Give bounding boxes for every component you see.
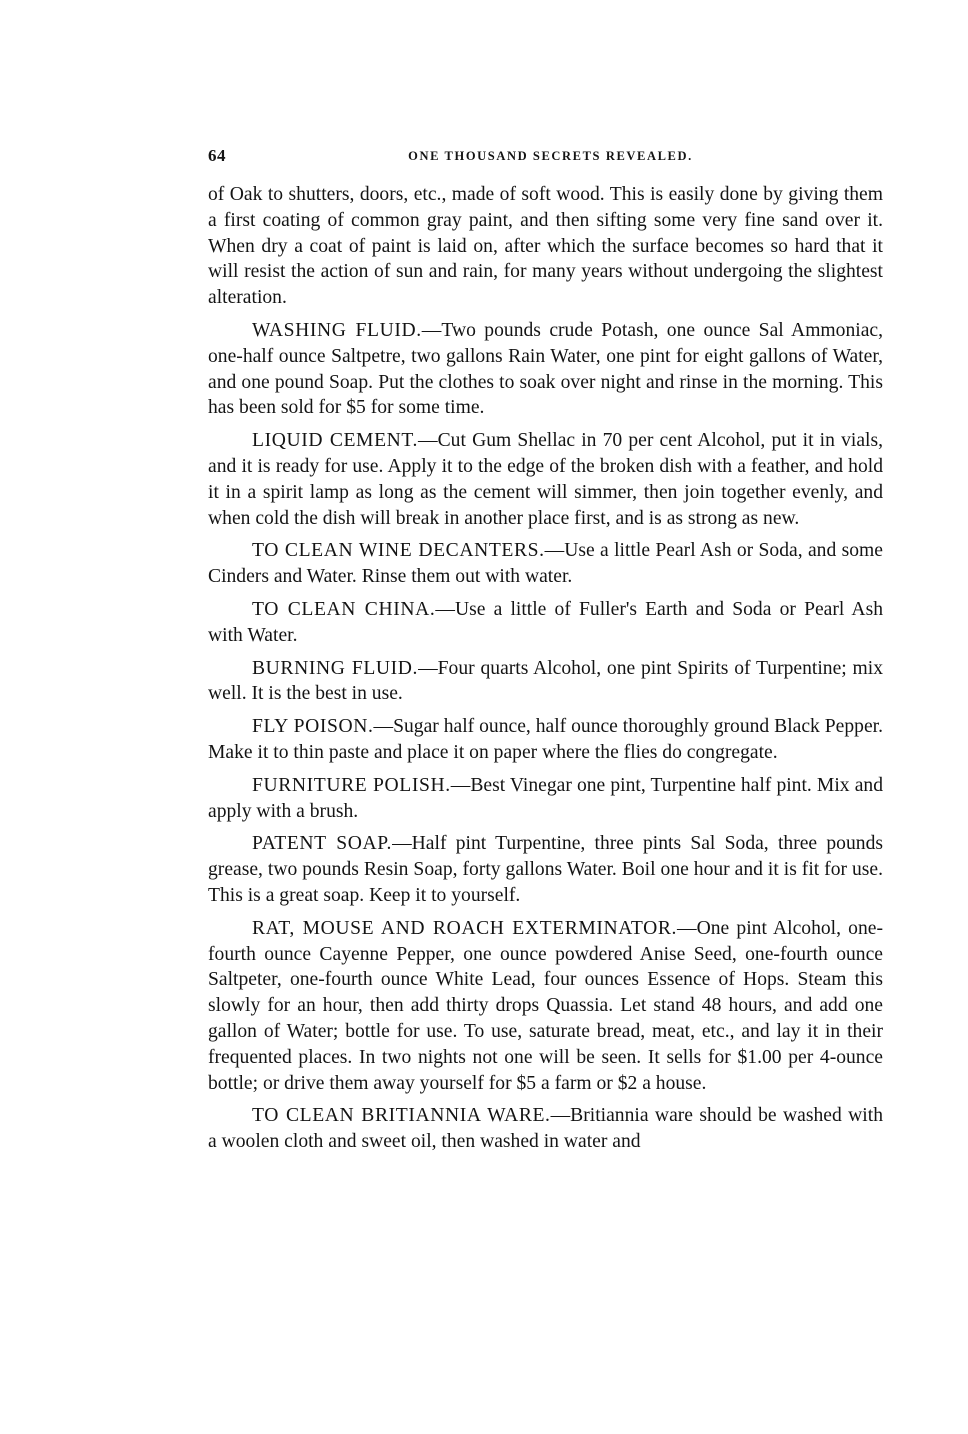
paragraph-heading: TO CLEAN BRITIANNIA WARE. [252, 1105, 551, 1126]
recipe-liquid-cement: LIQUID CEMENT.—Cut Gum Shellac in 70 per… [208, 428, 883, 531]
recipe-clean-britiannia-ware: TO CLEAN BRITIANNIA WARE.—Britiannia war… [208, 1103, 883, 1155]
paragraph-heading: RAT, MOUSE AND ROACH EXTERMINATOR. [252, 918, 677, 939]
paragraph-heading: WASHING FLUID. [252, 320, 422, 341]
paragraph-heading: FURNITURE POLISH. [252, 775, 451, 796]
recipe-rat-mouse-roach-exterminator: RAT, MOUSE AND ROACH EXTERMINATOR.—One p… [208, 916, 883, 1097]
book-page: 64 ONE THOUSAND SECRETS REVEALED. of Oak… [208, 146, 883, 1162]
recipe-burning-fluid: BURNING FLUID.—Four quarts Alcohol, one … [208, 656, 883, 708]
running-header: 64 ONE THOUSAND SECRETS REVEALED. [208, 146, 883, 170]
recipe-fly-poison: FLY POISON.—Sugar half ounce, half ounce… [208, 714, 883, 766]
paragraph-heading: PATENT SOAP. [252, 833, 392, 854]
recipe-washing-fluid: WASHING FLUID.—Two pounds crude Potash, … [208, 318, 883, 421]
paragraph-heading: TO CLEAN CHINA. [252, 599, 435, 620]
paragraph-heading: BURNING FLUID. [252, 658, 418, 679]
paragraph-continuation: of Oak to shutters, doors, etc., made of… [208, 182, 883, 311]
paragraph-text: —One pint Alcohol, one-fourth ounce Caye… [208, 918, 883, 1094]
paragraph-heading: LIQUID CEMENT. [252, 430, 418, 451]
recipe-clean-china: TO CLEAN CHINA.—Use a little of Fuller's… [208, 597, 883, 649]
recipe-furniture-polish: FURNITURE POLISH.—Best Vinegar one pint,… [208, 773, 883, 825]
recipe-patent-soap: PATENT SOAP.—Half pint Turpentine, three… [208, 831, 883, 908]
paragraph-heading: FLY POISON. [252, 716, 374, 737]
paragraph-text: of Oak to shutters, doors, etc., made of… [208, 184, 883, 308]
recipe-clean-wine-decanters: TO CLEAN WINE DECANTERS.—Use a little Pe… [208, 538, 883, 590]
paragraph-heading: TO CLEAN WINE DECANTERS. [252, 540, 545, 561]
book-title: ONE THOUSAND SECRETS REVEALED. [208, 149, 883, 164]
